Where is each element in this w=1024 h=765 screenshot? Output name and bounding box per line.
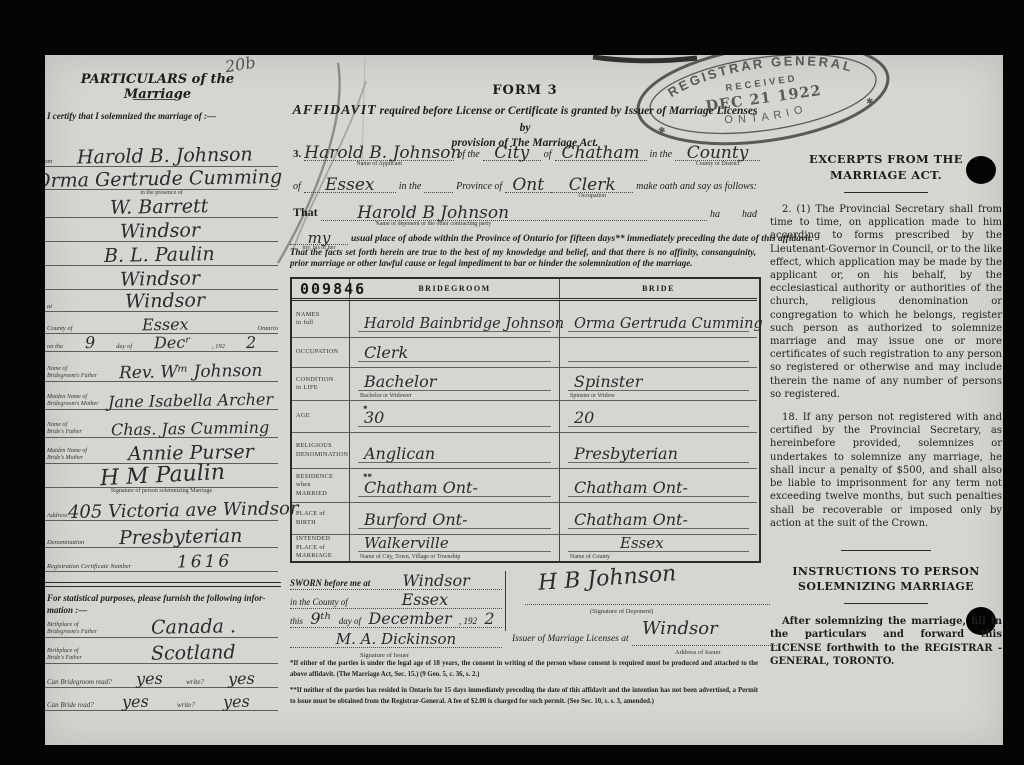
instructions-paragraph: After solemnizing the marriage, fill in … xyxy=(770,615,1002,669)
row-label-intended-place: INTENDED PLACE of MARRIAGE xyxy=(292,534,349,561)
bride-intended-place: EssexName of County xyxy=(559,534,757,561)
field-at: at Windsor xyxy=(45,290,278,312)
instructions-rule-top xyxy=(841,550,931,551)
field-bride-father-birthplace: Birthplace of Bride's Father Scotland xyxy=(45,638,278,664)
bride-column-header: BRIDE xyxy=(559,279,757,301)
issuer-address-rule xyxy=(632,645,777,646)
deponent-signature-caption: (Signature of Deponent) xyxy=(590,608,653,615)
issuer-signature-line: M. A. Dickinson xyxy=(290,627,502,648)
excerpts-title: EXCERPTS FROM THE MARRIAGE ACT. xyxy=(770,152,1002,183)
issuer-address-caption: Address of Issuer xyxy=(675,649,721,656)
county-field: County County or District xyxy=(675,145,760,161)
excerpt-paragraph-2: 2. (1) The Provincial Secretary shall fr… xyxy=(770,203,1002,401)
issuer-address: Windsor xyxy=(642,620,718,638)
groom-age: *30 xyxy=(349,400,559,432)
groom-condition: BachelorBachelor or Widower xyxy=(349,367,559,400)
deponent-signature-rule xyxy=(525,604,770,605)
form-number: FORM 3 xyxy=(290,83,760,98)
groom-intended-place: WalkervilleName of City, Town, Village o… xyxy=(349,534,559,561)
row-label-occupation: OCCUPATION xyxy=(292,337,349,367)
place-type-field: City xyxy=(483,145,541,161)
affidavit-line-abode: my my, his or her usual place of abode w… xyxy=(290,231,760,245)
groom-residence: **Chatham Ont- xyxy=(349,468,559,502)
field-date: on the 9 day of Decʳ , 192 2 xyxy=(45,334,278,352)
title-rule xyxy=(133,99,175,100)
province-field: Ont xyxy=(505,177,551,193)
place-field: Chatham xyxy=(555,145,647,161)
bride-occupation xyxy=(559,337,757,367)
row-label-birthplace: PLACE of BIRTH xyxy=(292,502,349,534)
groom-birthplace: Burford Ont- xyxy=(349,502,559,534)
sworn-place-line: SWORN before me at Windsor xyxy=(290,568,502,590)
row-label-names: NAMES in full xyxy=(292,301,349,337)
my-field: my my, his or her xyxy=(290,231,348,245)
affidavit-line-applicant: 3. Harold B. Johnson Name of Applicant o… xyxy=(290,145,760,161)
field-bride: Bride Orma Gertrude Cumming in the prese… xyxy=(45,167,278,190)
groom-religion: Anglican xyxy=(349,432,559,468)
row-label-residence: RESIDENCE when MARRIED xyxy=(292,468,349,502)
bride-birthplace: Chatham Ont- xyxy=(559,502,757,534)
sworn-divider xyxy=(505,571,506,631)
instructions-title: INSTRUCTIONS TO PERSON SOLEMNIZING MARRI… xyxy=(770,564,1002,595)
license-table: 009846 BRIDEGROOM BRIDE NAMES in full Ha… xyxy=(290,277,761,563)
bride-residence: Chatham Ont- xyxy=(559,468,757,502)
applicant-name-field: Harold B. Johnson Name of Applicant xyxy=(304,145,454,161)
bridegroom-column-header: BRIDEGROOM xyxy=(349,279,559,301)
field-can-bridegroom-read: Can Bridegroom read? yes write? yes xyxy=(45,664,278,688)
row-label-condition: CONDITION in LIFE xyxy=(292,367,349,400)
field-address-1: Address Windsor xyxy=(45,218,278,242)
occupation-field: Clerk Occupation xyxy=(551,177,633,193)
field-address-2: Address Windsor xyxy=(45,266,278,290)
issuer-at-label: Issuer of Marriage Licenses at xyxy=(512,634,629,644)
sworn-block: SWORN before me at Windsor in the County… xyxy=(290,568,795,660)
document-page: REGISTRAR GENERAL RECEIVED DEC 21 1922 O… xyxy=(45,55,1003,745)
groom-names: Harold Bainbridge Johnson xyxy=(349,301,559,337)
particulars-panel: PARTICULARS of the Marriage 20b I certif… xyxy=(45,55,283,745)
license-serial-number: 009846 xyxy=(300,280,366,298)
field-witness-2: Witness B. L. Paulin xyxy=(45,242,278,266)
row-label-religion: RELIGIOUS DENOMINATION xyxy=(292,432,349,468)
affidavit-line-county: of Essex in the Province of Ont Clerk Oc… xyxy=(290,177,760,193)
certify-line: I certify that I solemnized the marriage… xyxy=(47,111,216,121)
field-groom-father-birthplace: Birthplace of Bridegroom's Father Canada… xyxy=(45,611,278,638)
field-denomination: Denomination Presbyterian xyxy=(45,521,278,548)
bride-condition: SpinsterSpinster or Widow xyxy=(559,367,757,400)
particulars-title: PARTICULARS of the Marriage xyxy=(45,72,270,102)
footnote-1: *If either of the parties is under the l… xyxy=(290,659,758,681)
field-address-3: Address 405 Victoria ave Windsor xyxy=(45,493,278,521)
footnote-2: **If neither of the parties has resided … xyxy=(290,686,758,708)
field-groom-father: Name of Bridegroom's Father Rev. Wᵐ John… xyxy=(45,355,278,382)
pencil-annotation: 20b xyxy=(224,55,257,75)
county-name-field: Essex xyxy=(304,177,396,193)
excerpt-paragraph-18: 18. If any person not registered with an… xyxy=(770,411,1002,530)
row-label-age: AGE xyxy=(292,400,349,432)
deponent-signature: H B Johnson xyxy=(537,563,677,595)
deponent-name-field: Harold B Johnson Name of deponent or the… xyxy=(321,205,546,221)
groom-occupation: Clerk xyxy=(349,337,559,367)
instructions-rule-bottom xyxy=(844,603,928,604)
sworn-date-line: this 9ᵗʰ day of December , 192 2 xyxy=(290,608,502,628)
excerpts-rule xyxy=(844,192,928,193)
bride-age: 20 xyxy=(559,400,757,432)
footnotes: *If either of the parties is under the l… xyxy=(290,659,758,713)
facts-paragraph: That the facts set forth herein are true… xyxy=(290,247,756,270)
field-groom-mother: Maiden Name of Bridegroom's Mother Jane … xyxy=(45,383,278,410)
field-bride-father: Name of Bride's Father Chas. Jas Cumming xyxy=(45,411,278,438)
affidavit-line-deponent: That Harold B Johnson Name of deponent o… xyxy=(290,205,760,221)
scanned-marriage-record: { "doc": { "annotation": "20b", "stamp":… xyxy=(0,0,1024,765)
field-bridegroom: Bridegroom Harold B. Johnson xyxy=(45,140,278,167)
section-divider xyxy=(45,582,281,587)
field-solemnizer-signature: H M Paulin Signature of person solemnizi… xyxy=(45,457,278,488)
field-can-bride-read: Can Bride read? yes write? yes xyxy=(45,688,278,711)
field-witness-1: Witness W. Barrett xyxy=(45,193,278,218)
field-county: County of Essex Ontario xyxy=(45,312,278,334)
bride-religion: Presbyterian xyxy=(559,432,757,468)
excerpts-column: EXCERPTS FROM THE MARRIAGE ACT. 2. (1) T… xyxy=(770,55,1002,669)
field-registration-number: Registration Certificate Number 1616 xyxy=(45,548,278,572)
bride-names: Orma Gertruda Cumming xyxy=(559,301,757,337)
issuer-signature-caption: Signature of Issuer xyxy=(360,652,409,659)
sworn-county-line: in the County of Essex xyxy=(290,589,502,609)
